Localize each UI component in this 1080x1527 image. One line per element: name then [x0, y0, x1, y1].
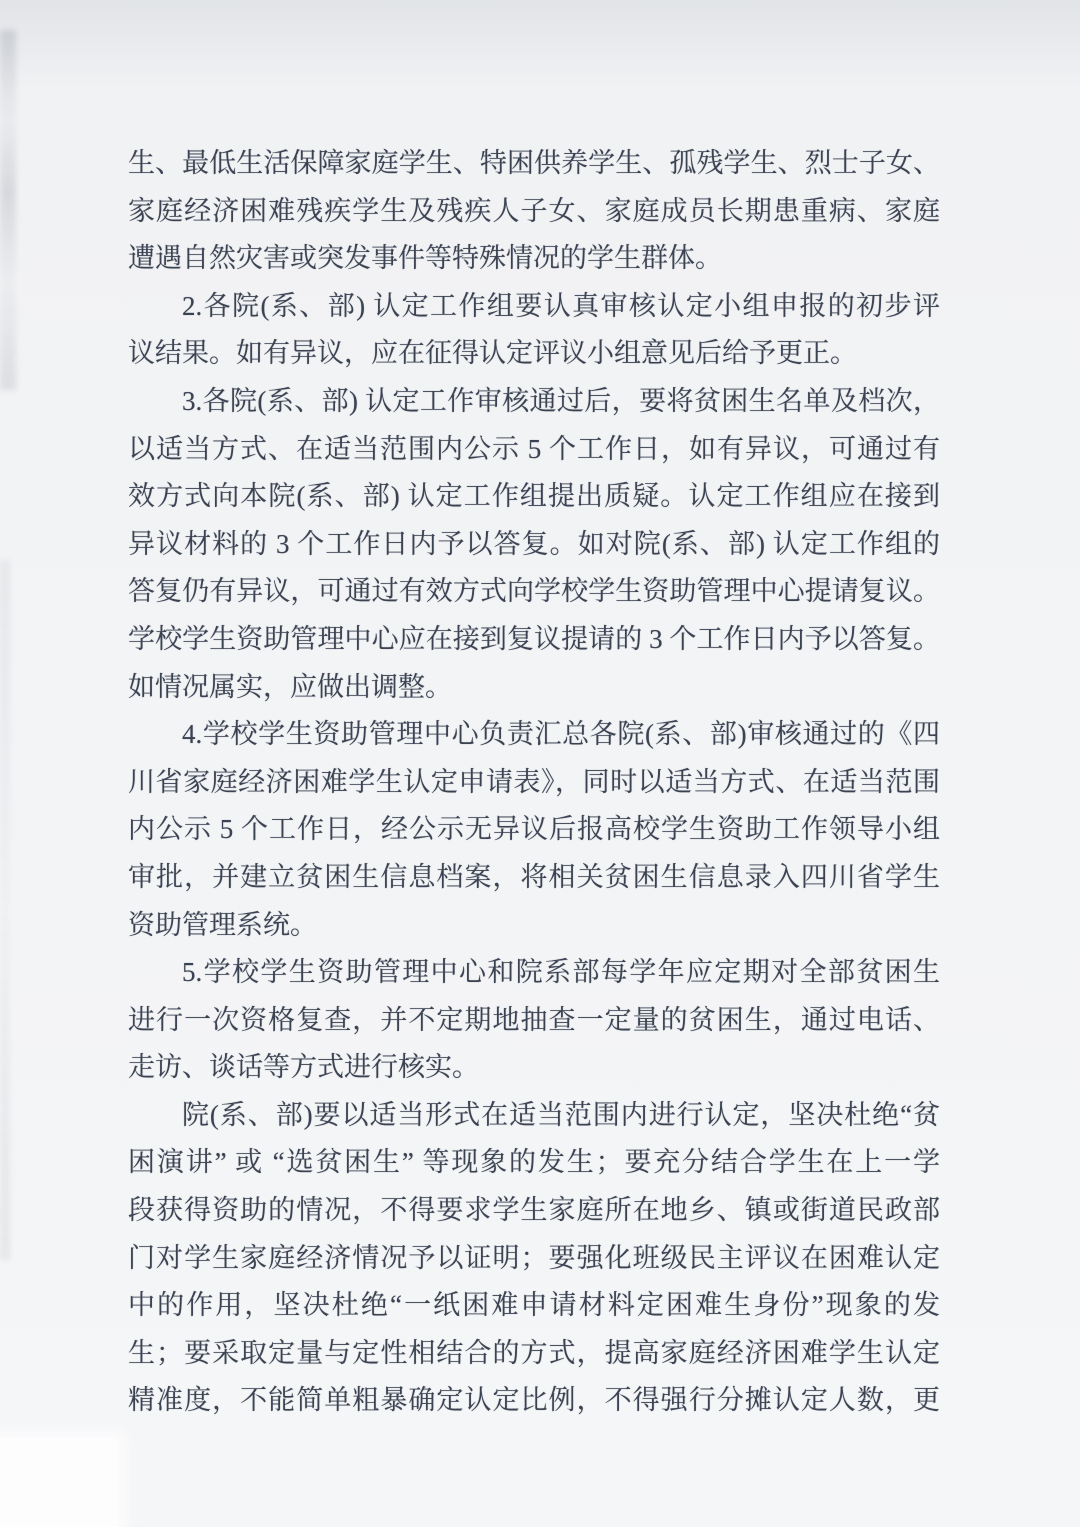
text-line: 门对学生家庭经济情况予以证明；要强化班级民主评议在困难认定 [128, 1235, 940, 1283]
text-line: 议结果。如有异议，应在征得认定评议小组意见后给予更正。 [128, 330, 940, 378]
text-line: 异议材料的 3 个工作日内予以答复。如对院(系、部) 认定工作组的 [128, 521, 940, 569]
text-line: 3.各院(系、部) 认定工作审核通过后，要将贫困生名单及档次， [128, 378, 940, 426]
text-line: 困演讲” 或 “选贫困生” 等现象的发生；要充分结合学生在上一学 [128, 1139, 940, 1187]
scan-artifact-top-vignette [0, 0, 1080, 90]
scan-artifact-left-smudge [0, 30, 16, 390]
text-line: 2.各院(系、部) 认定工作组要认真审核认定小组申报的初步评 [128, 283, 940, 331]
text-line: 答复仍有异议，可通过有效方式向学校学生资助管理中心提请复议。 [128, 568, 940, 616]
document-page: 生、最低生活保障家庭学生、特困供养学生、孤残学生、烈士子女、家庭经济困难残疾学生… [0, 0, 1080, 1527]
text-line: 院(系、部)要以适当形式在适当范围内进行认定，坚决杜绝“贫 [128, 1092, 940, 1140]
paragraph: 4.学校学生资助管理中心负责汇总各院(系、部)审核通过的《四川省家庭经济困难学生… [128, 711, 940, 949]
text-line: 5.学校学生资助管理中心和院系部每学年应定期对全部贫困生 [128, 949, 940, 997]
text-line: 走访、谈话等方式进行核实。 [128, 1044, 940, 1092]
text-line: 以适当方式、在适当范围内公示 5 个工作日，如有异议，可通过有 [128, 426, 940, 474]
text-line: 审批，并建立贫困生信息档案，将相关贫困生信息录入四川省学生 [128, 854, 940, 902]
text-line: 进行一次资格复查，并不定期地抽查一定量的贫困生，通过电话、 [128, 997, 940, 1045]
scan-artifact-left-smudge-lower [0, 560, 10, 1260]
text-line: 资助管理系统。 [128, 902, 940, 950]
text-line: 学校学生资助管理中心应在接到复议提请的 3 个工作日内予以答复。 [128, 616, 940, 664]
document-body: 生、最低生活保障家庭学生、特困供养学生、孤残学生、烈士子女、家庭经济困难残疾学生… [128, 140, 940, 1425]
paragraph: 2.各院(系、部) 认定工作组要认真审核认定小组申报的初步评议结果。如有异议，应… [128, 283, 940, 378]
scan-artifact-bottom-left-patch [0, 1438, 118, 1527]
text-line: 段获得资助的情况，不得要求学生家庭所在地乡、镇或街道民政部 [128, 1187, 940, 1235]
text-line: 遭遇自然灾害或突发事件等特殊情况的学生群体。 [128, 235, 940, 283]
text-line: 家庭经济困难残疾学生及残疾人子女、家庭成员长期患重病、家庭 [128, 188, 940, 236]
text-line: 精准度，不能简单粗暴确定认定比例，不得强行分摊认定人数，更 [128, 1377, 940, 1425]
text-line: 生；要采取定量与定性相结合的方式，提高家庭经济困难学生认定 [128, 1330, 940, 1378]
text-line: 生、最低生活保障家庭学生、特困供养学生、孤残学生、烈士子女、 [128, 140, 940, 188]
paragraph: 院(系、部)要以适当形式在适当范围内进行认定，坚决杜绝“贫困演讲” 或 “选贫困… [128, 1092, 940, 1425]
text-line: 4.学校学生资助管理中心负责汇总各院(系、部)审核通过的《四 [128, 711, 940, 759]
paragraph: 5.学校学生资助管理中心和院系部每学年应定期对全部贫困生进行一次资格复查，并不定… [128, 949, 940, 1092]
text-line: 如情况属实，应做出调整。 [128, 664, 940, 712]
paragraph: 生、最低生活保障家庭学生、特困供养学生、孤残学生、烈士子女、家庭经济困难残疾学生… [128, 140, 940, 283]
text-line: 川省家庭经济困难学生认定申请表》，同时以适当方式、在适当范围 [128, 759, 940, 807]
text-line: 效方式向本院(系、部) 认定工作组提出质疑。认定工作组应在接到 [128, 473, 940, 521]
paragraph: 3.各院(系、部) 认定工作审核通过后，要将贫困生名单及档次，以适当方式、在适当… [128, 378, 940, 711]
text-line: 内公示 5 个工作日，经公示无异议后报高校学生资助工作领导小组 [128, 806, 940, 854]
text-line: 中的作用，坚决杜绝“一纸困难申请材料定困难生身份”现象的发 [128, 1282, 940, 1330]
